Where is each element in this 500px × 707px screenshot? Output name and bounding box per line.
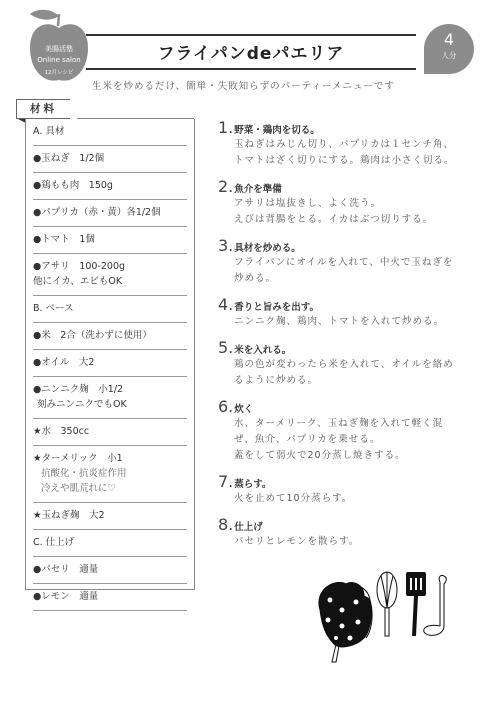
servings-unit: 人分 <box>424 50 474 61</box>
title-rule-bottom <box>86 68 416 70</box>
step-number: 5. <box>218 338 233 357</box>
ingredient-item: ●鶏もも肉 150g <box>33 173 187 200</box>
ingredient-note: 抗酸化・抗炎症作用 <box>33 466 187 481</box>
ingredient-section-c: C. 仕上げ <box>33 530 187 557</box>
servings-number: 4 <box>424 30 474 49</box>
ingredient-item: ●パプリカ（赤・黄）各1/2個 <box>33 200 187 227</box>
ingredient-note: 冷えや肌荒れに♡ <box>33 481 187 496</box>
step-title: 米を入れる。 <box>234 342 291 356</box>
apple-logo: 美腸活塾 Online salon 12月レシピ <box>28 4 90 82</box>
ingredients-list: A. 具材 ●玉ねぎ 1/2個 ●鶏もも肉 150g ●パプリカ（赤・黄）各1/… <box>33 119 193 611</box>
ingredient-item: ●レモン 適量 <box>33 584 187 611</box>
step-number: 3. <box>218 236 233 255</box>
ingredient-item: ●トマト 1個 <box>33 227 187 254</box>
step-title: 蒸らす。 <box>234 476 271 490</box>
step-title: 野菜・鶏肉を切る。 <box>234 122 320 136</box>
step-6: 6.炊く 水、ターメリーク、玉ねぎ麹を入れて軽く混 ぜ、魚介、パプリカを乗せる。… <box>218 397 488 464</box>
ingredients-tab: 材料 <box>16 99 70 119</box>
ingredient-item: ★ターメリック 小1 抗酸化・抗炎症作用 冷えや肌荒れに♡ <box>33 446 187 503</box>
step-4: 4.香りと旨みを出す。 ニンニク麹、鶏肉、トマトを入れて炒める。 <box>218 295 488 330</box>
logo-line2: Online salon <box>28 56 90 64</box>
step-number: 6. <box>218 397 233 416</box>
ladle-icon <box>424 575 447 635</box>
ingredient-item: ●アサリ 100-200g 他にイカ、エビもOK <box>33 254 187 296</box>
page-subtitle: 生米を炒めるだけ、簡単・失敗知らずのパーティーメニューです <box>92 78 395 92</box>
step-title: 具材を炒める。 <box>234 240 301 254</box>
ingredient-item: ●ニンニク麹 小1/2 刻みニンニクでもOK <box>33 377 187 419</box>
whisk-icon <box>377 572 397 636</box>
step-title: 魚介を準備 <box>234 181 282 195</box>
step-title: 香りと旨みを出す。 <box>234 299 319 313</box>
ingredient-item: ●玉ねぎ 1/2個 <box>33 146 187 173</box>
ingredient-section-a: A. 具材 <box>33 119 187 146</box>
step-7: 7.蒸らす。 火を止めて10分蒸らす。 <box>218 472 488 507</box>
step-title: 仕上げ <box>234 519 263 533</box>
step-5: 5.米を入れる。 鶏の色が変わったら米を入れて、オイルを絡め るように炒める。 <box>218 338 488 389</box>
step-1: 1.野菜・鶏肉を切る。 玉ねぎはみじん切り、パプリカは１センチ角、 トマトはざく… <box>218 118 488 169</box>
ingredient-section-b: B. ベース <box>33 296 187 323</box>
title-rule-top <box>86 34 416 36</box>
step-8: 8.仕上げ パセリとレモンを散らす。 <box>218 515 488 550</box>
ingredient-item: ●パセリ 適量 <box>33 557 187 584</box>
step-number: 8. <box>218 515 233 534</box>
spatula-icon <box>406 572 426 636</box>
logo-line1: 美腸活塾 <box>28 44 90 54</box>
servings-badge: 4 人分 <box>424 24 474 74</box>
kitchen-illustration <box>312 570 452 670</box>
step-number: 4. <box>218 295 233 314</box>
step-number: 2. <box>218 177 233 196</box>
page-title: フライパンdeパエリア <box>86 39 416 64</box>
step-number: 7. <box>218 472 233 491</box>
oven-mitt-icon <box>319 582 372 662</box>
step-number: 1. <box>218 118 233 137</box>
ingredient-item: ★玉ねぎ麹 大2 <box>33 503 187 530</box>
ingredient-item: ●米 2合（洗わずに使用） <box>33 323 187 350</box>
steps-list: 1.野菜・鶏肉を切る。 玉ねぎはみじん切り、パプリカは１センチ角、 トマトはざく… <box>218 118 488 558</box>
step-2: 2.魚介を準備 アサリは塩抜きし、よく洗う。 えびは背腸をとる。イカはぶつ切りす… <box>218 177 488 228</box>
ingredient-item: ●オイル 大2 <box>33 350 187 377</box>
step-3: 3.具材を炒める。 フライパンにオイルを入れて、中火で玉ねぎを 炒める。 <box>218 236 488 287</box>
ingredient-item: ★水 350cc <box>33 419 187 446</box>
step-title: 炊く <box>234 401 253 415</box>
logo-line3: 12月レシピ <box>28 68 90 76</box>
